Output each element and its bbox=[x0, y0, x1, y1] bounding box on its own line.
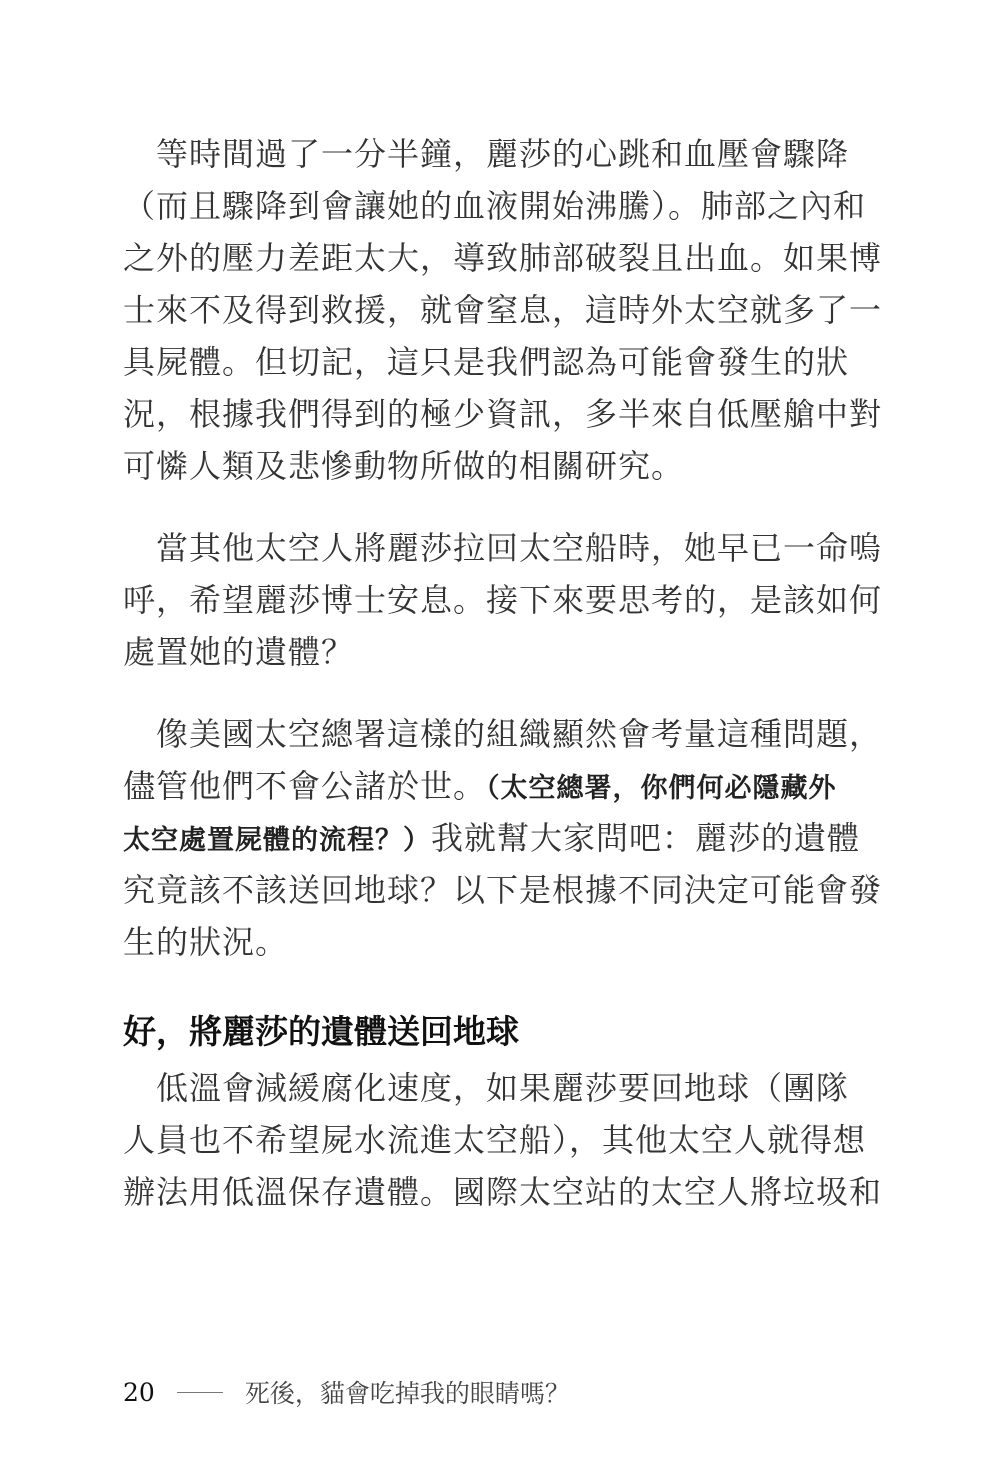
text-line: 儘管他們不會公諸於世。（太空總署，你們何必隱藏外 bbox=[123, 760, 823, 812]
section-heading: 好，將麗莎的遺體送回地球 bbox=[123, 1004, 823, 1060]
paragraph-spacer bbox=[123, 968, 823, 998]
paragraph-4: 低溫會減緩腐化速度，如果麗莎要回地球（團隊 人員也不希望屍水流進太空船），其他太… bbox=[123, 1062, 823, 1218]
text-line: 士來不及得到救援，就會窒息，這時外太空就多了一 bbox=[123, 284, 823, 336]
text-main: 儘管他們不會公諸於世。 bbox=[123, 767, 486, 805]
text-line: 太空處置屍體的流程？）我就幫大家問吧：麗莎的遺體 bbox=[123, 812, 823, 864]
paragraph-1: 等時間過了一分半鐘，麗莎的心跳和血壓會驟降 （而且驟降到會讓她的血液開始沸騰）。… bbox=[123, 128, 823, 492]
aside-text: （太空總署，你們何必隱藏外 bbox=[486, 773, 837, 804]
footer-divider bbox=[177, 1392, 223, 1393]
paragraph-spacer bbox=[123, 678, 823, 708]
text-line: 呼，希望麗莎博士安息。接下來要思考的，是該如何 bbox=[123, 574, 823, 626]
text-line: 生的狀況。 bbox=[123, 916, 823, 968]
text-line: 當其他太空人將麗莎拉回太空船時，她早已一命嗚 bbox=[123, 522, 823, 574]
page-number: 20 bbox=[123, 1378, 155, 1407]
text-line: 可憐人類及悲慘動物所做的相關研究。 bbox=[123, 440, 823, 492]
text-line: （而且驟降到會讓她的血液開始沸騰）。肺部之內和 bbox=[123, 180, 823, 232]
running-title: 死後，貓會吃掉我的眼睛嗎？ bbox=[245, 1374, 570, 1410]
text-line: 況，根據我們得到的極少資訊，多半來自低壓艙中對 bbox=[123, 388, 823, 440]
text-line: 低溫會減緩腐化速度，如果麗莎要回地球（團隊 bbox=[123, 1062, 823, 1114]
text-line: 具屍體。但切記，這只是我們認為可能會發生的狀 bbox=[123, 336, 823, 388]
text-line: 究竟該不該送回地球？以下是根據不同決定可能會發 bbox=[123, 864, 823, 916]
text-line: 人員也不希望屍水流進太空船），其他太空人就得想 bbox=[123, 1114, 823, 1166]
text-line: 等時間過了一分半鐘，麗莎的心跳和血壓會驟降 bbox=[123, 128, 823, 180]
text-main: 我就幫大家問吧：麗莎的遺體 bbox=[431, 819, 860, 857]
paragraph-spacer bbox=[123, 492, 823, 522]
paragraph-3: 像美國太空總署這樣的組織顯然會考量這種問題， 儘管他們不會公諸於世。（太空總署，… bbox=[123, 708, 823, 968]
paragraph-2: 當其他太空人將麗莎拉回太空船時，她早已一命嗚 呼，希望麗莎博士安息。接下來要思考… bbox=[123, 522, 823, 678]
text-line: 辦法用低溫保存遺體。國際太空站的太空人將垃圾和 bbox=[123, 1166, 823, 1218]
text-line: 處置她的遺體？ bbox=[123, 626, 823, 678]
text-line: 像美國太空總署這樣的組織顯然會考量這種問題， bbox=[123, 708, 823, 760]
page-body: 等時間過了一分半鐘，麗莎的心跳和血壓會驟降 （而且驟降到會讓她的血液開始沸騰）。… bbox=[123, 128, 823, 1218]
page-footer: 20 死後，貓會吃掉我的眼睛嗎？ bbox=[123, 1374, 570, 1410]
text-line: 之外的壓力差距太大，導致肺部破裂且出血。如果博 bbox=[123, 232, 823, 284]
aside-text: 太空處置屍體的流程？） bbox=[123, 825, 431, 856]
